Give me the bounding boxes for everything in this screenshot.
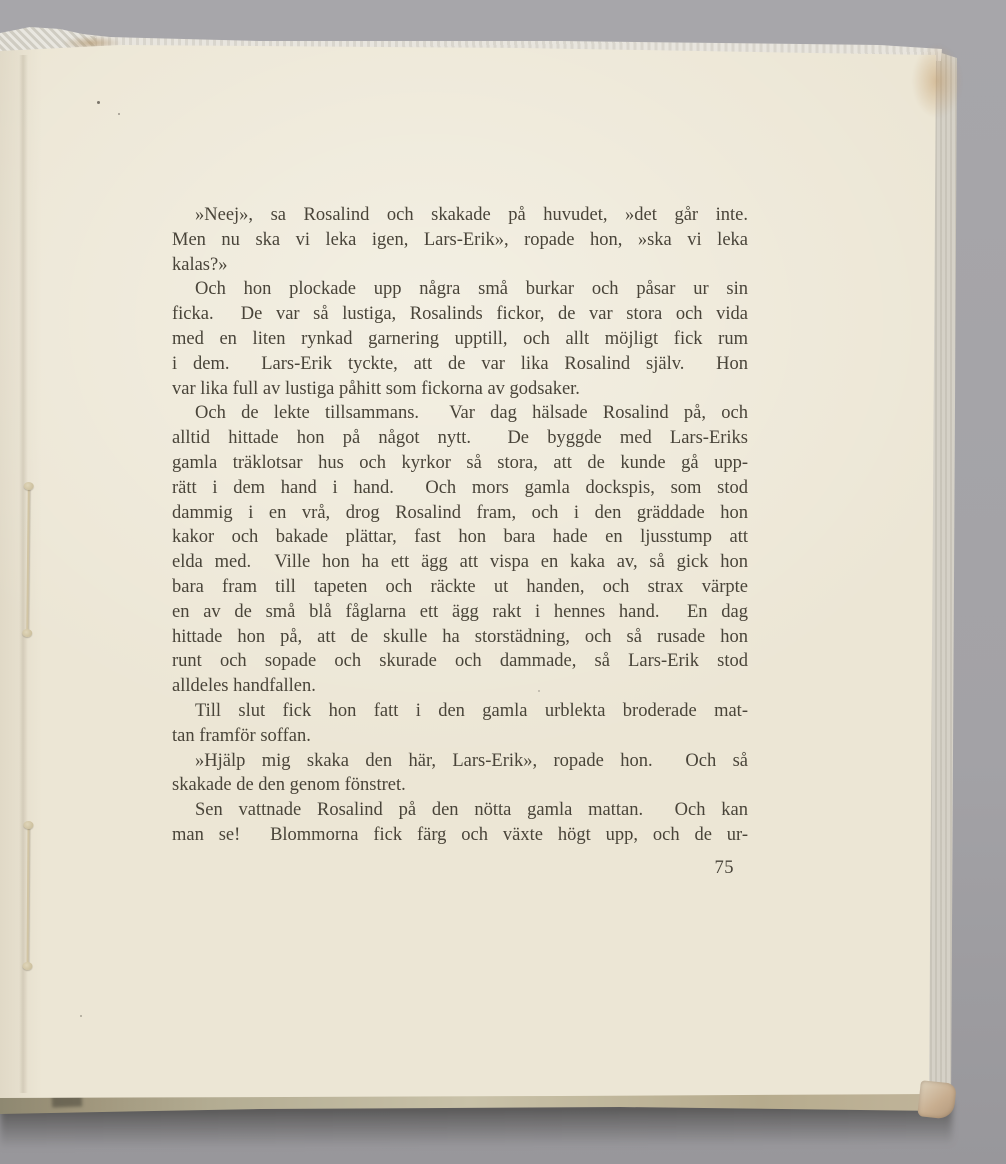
book-top-page-edges: [0, 0, 1006, 1164]
text-block: »Neej», sa Rosalind och skakade på huvud…: [172, 203, 748, 848]
book-page: »Neej», sa Rosalind och skakade på huvud…: [0, 0, 1006, 1164]
text-line: Och hon plockade upp några små burkar oc…: [172, 277, 748, 302]
text-line: i dem. Lars-Erik tyckte, att de var lika…: [172, 352, 748, 377]
page-number: 75: [172, 856, 748, 881]
top-edge-stain: [62, 36, 122, 50]
book-fore-edge: [0, 0, 1006, 1164]
text-line: Sen vattnade Rosalind på den nötta gamla…: [172, 798, 748, 823]
text-line: kalas?»: [172, 253, 748, 278]
text-line: var lika full av lustiga påhitt som fick…: [172, 377, 748, 402]
text-line: »Hjälp mig skaka den här, Lars-Erik», ro…: [172, 749, 748, 774]
text-line: »Neej», sa Rosalind och skakade på huvud…: [172, 203, 748, 228]
gutter-crease: [19, 55, 28, 1093]
paper-speck: [538, 690, 540, 692]
book-headband: [0, 0, 1006, 1164]
text-line: alltid hittade hon på något nytt. De byg…: [172, 426, 748, 451]
text-line: skakade de den genom fönstret.: [172, 773, 748, 798]
text-line: runt och sopade och skurade och dammade,…: [172, 649, 748, 674]
book-bottom-cover-edge: [0, 0, 1006, 1164]
text-line: gamla träklotsar hus och kyrkor så stora…: [172, 451, 748, 476]
text-line: Till slut fick hon fatt i den gamla urbl…: [172, 699, 748, 724]
binding-thread: [26, 488, 29, 630]
text-line: elda med. Ville hon ha ett ägg att vispa…: [172, 550, 748, 575]
paper-speck: [80, 1015, 82, 1017]
binding-thread: [27, 827, 30, 963]
text-line: rätt i dem hand i hand. Och mors gamla d…: [172, 476, 748, 501]
paper-speck: [97, 101, 100, 104]
text-line: en av de små blå fåglarna ett ägg rakt i…: [172, 600, 748, 625]
text-line: man se! Blommorna fick färg och växte hö…: [172, 823, 748, 848]
text-line: Men nu ska vi leka igen, Lars-Erik», rop…: [172, 228, 748, 253]
text-line: Och de lekte tillsammans. Var dag hälsad…: [172, 401, 748, 426]
text-line: bara fram till tapeten och räckte ut han…: [172, 575, 748, 600]
bottom-edge-notch: [52, 1093, 82, 1107]
text-line: med en liten rynkad garnering upptill, o…: [172, 327, 748, 352]
corner-wear-top-right: [912, 44, 962, 118]
text-line: ficka. De var så lustiga, Rosalinds fick…: [172, 302, 748, 327]
text-line: tan framför soffan.: [172, 724, 748, 749]
text-line: kakor och bakade plättar, fast hon bara …: [172, 525, 748, 550]
book-shadow: [0, 1101, 952, 1149]
text-line: dammig i en vrå, drog Rosalind fram, och…: [172, 501, 748, 526]
text-line: hittade hon på, att de skulle ha storstä…: [172, 625, 748, 650]
scan-background: »Neej», sa Rosalind och skakade på huvud…: [0, 0, 1006, 1164]
paper-speck: [118, 113, 120, 115]
text-line: alldeles handfallen.: [172, 674, 748, 699]
